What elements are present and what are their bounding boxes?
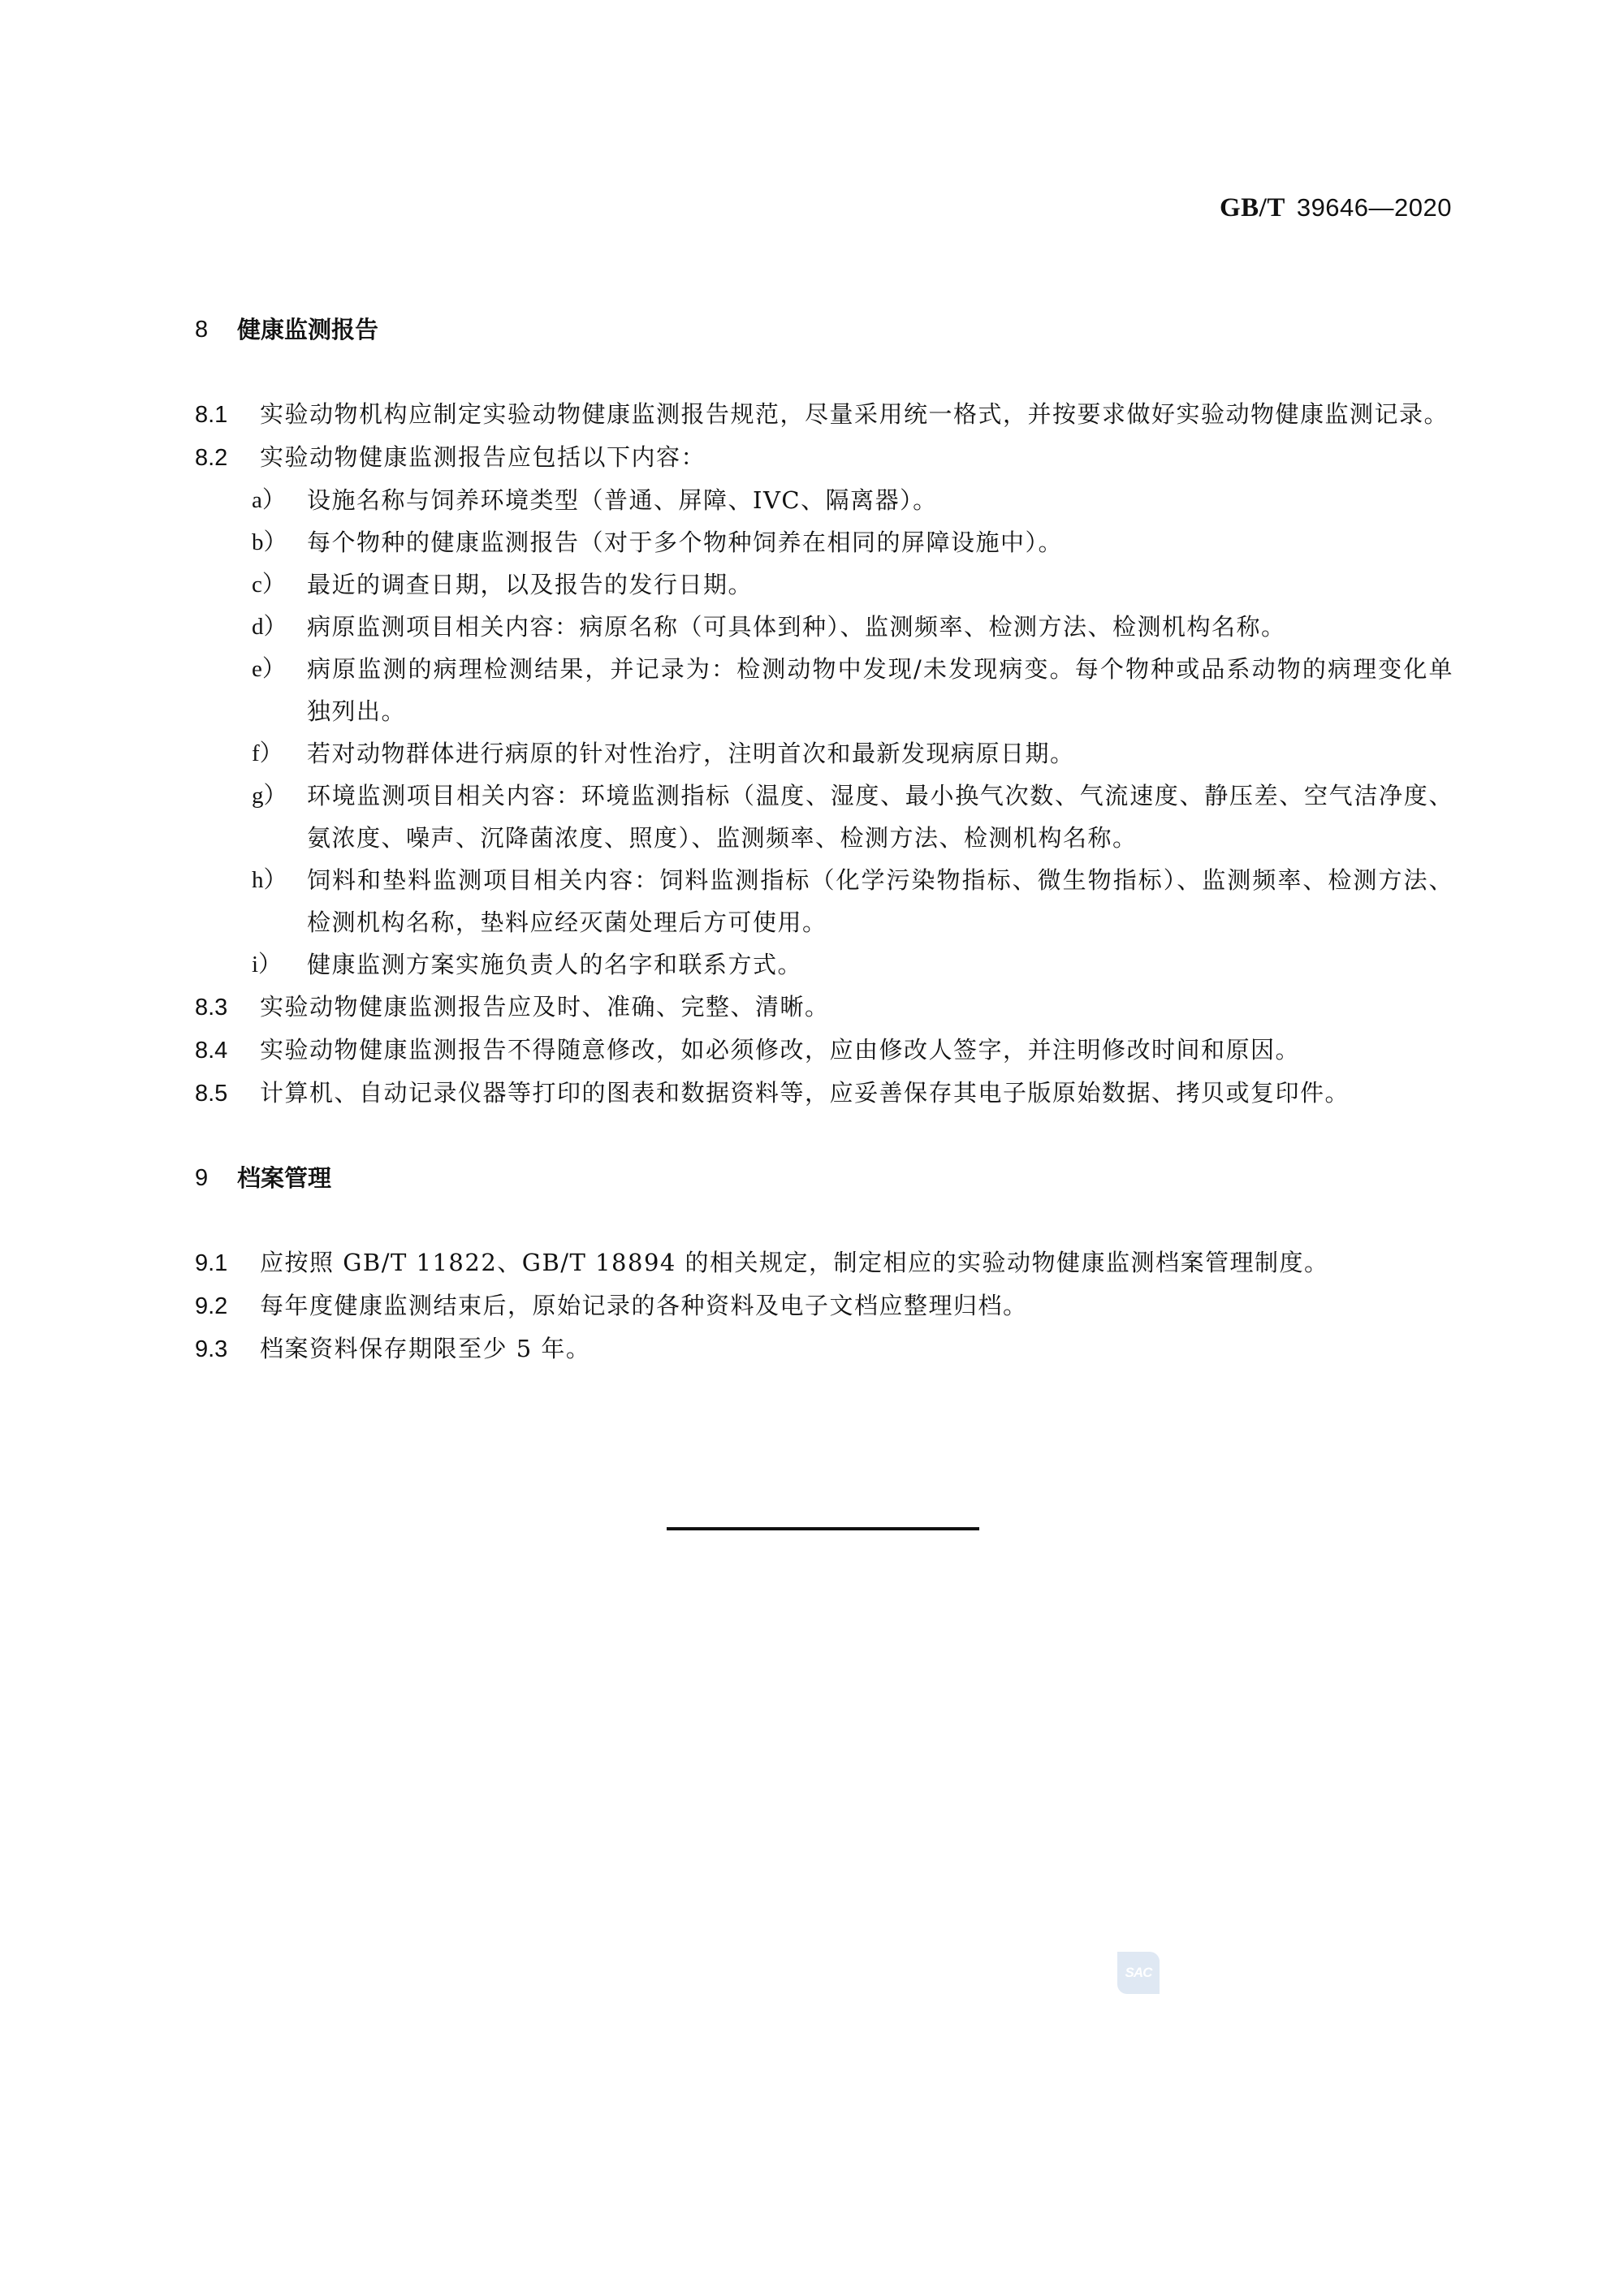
list-text: 饲料和垫料监测项目相关内容：饲料监测指标（化学污染物指标、微生物指标）、监测频率… [307, 866, 1453, 936]
section-heading: 档案管理 [237, 1157, 331, 1199]
list-letter: g） [252, 775, 287, 817]
list-letter: d） [252, 606, 287, 648]
list-text: 病原监测的病理检测结果，并记录为：检测动物中发现/未发现病变。每个物种或品系动物… [307, 655, 1453, 725]
list-item-a: a）设施名称与饲养环境类型（普通、屏障、IVC、隔离器）。 [195, 479, 1453, 521]
section-title-9: 9 档案管理 [195, 1157, 1453, 1199]
list-letter: f） [252, 732, 283, 775]
clause-8-3: 8.3实验动物健康监测报告应及时、准确、完整、清晰。 [195, 986, 1453, 1029]
clause-number: 8.3 [195, 986, 260, 1029]
clause-8-5: 8.5计算机、自动记录仪器等打印的图表和数据资料等，应妥善保存其电子版原始数据、… [195, 1072, 1453, 1115]
end-of-document-rule [667, 1527, 979, 1530]
clause-text: 实验动物健康监测报告不得随意修改，如必须修改，应由修改人签字，并注明修改时间和原… [260, 1036, 1300, 1064]
clause-text: 应按照 GB/T 11822、GB/T 18894 的相关规定，制定相应的实验动… [260, 1249, 1329, 1276]
list-text: 设施名称与饲养环境类型（普通、屏障、IVC、隔离器）。 [307, 486, 938, 514]
clause-8-4: 8.4实验动物健康监测报告不得随意修改，如必须修改，应由修改人签字，并注明修改时… [195, 1029, 1453, 1072]
clause-text: 每年度健康监测结束后，原始记录的各种资料及电子文档应整理归档。 [260, 1292, 1028, 1319]
list-item-f: f）若对动物群体进行病原的针对性治疗，注明首次和最新发现病原日期。 [195, 732, 1453, 775]
list-text: 最近的调查日期，以及报告的发行日期。 [307, 571, 753, 598]
list-item-d: d）病原监测项目相关内容：病原名称（可具体到种）、监测频率、检测方法、检测机构名… [195, 606, 1453, 648]
clause-number: 8.2 [195, 437, 260, 479]
list-letter: i） [252, 943, 282, 986]
clause-number: 8.1 [195, 394, 260, 436]
clause-number: 9.3 [195, 1328, 260, 1370]
clause-text: 实验动物机构应制定实验动物健康监测报告规范，尽量采用统一格式，并按要求做好实验动… [260, 400, 1449, 428]
standard-number: 39646—2020 [1297, 193, 1452, 222]
clause-8-1: 8.1实验动物机构应制定实验动物健康监测报告规范，尽量采用统一格式，并按要求做好… [195, 393, 1453, 436]
list-letter: a） [252, 479, 286, 521]
standard-header: GB/T39646—2020 [1220, 193, 1452, 223]
list-item-c: c）最近的调查日期，以及报告的发行日期。 [195, 563, 1453, 606]
list-text: 环境监测项目相关内容：环境监测指标（温度、湿度、最小换气次数、气流速度、静压差、… [307, 782, 1453, 852]
list-item-g: g）环境监测项目相关内容：环境监测指标（温度、湿度、最小换气次数、气流速度、静压… [195, 775, 1453, 859]
list-letter: e） [252, 648, 286, 690]
list-item-b: b）每个物种的健康监测报告（对于多个物种饲养在相同的屏障设施中）。 [195, 521, 1453, 563]
list-item-e: e）病原监测的病理检测结果，并记录为：检测动物中发现/未发现病变。每个物种或品系… [195, 648, 1453, 732]
list-letter: h） [252, 859, 287, 901]
clause-text: 实验动物健康监测报告应及时、准确、完整、清晰。 [260, 993, 830, 1021]
clause-number: 8.5 [195, 1072, 260, 1115]
list-text: 病原监测项目相关内容：病原名称（可具体到种）、监测频率、检测方法、检测机构名称。 [307, 613, 1286, 641]
list-item-h: h）饲料和垫料监测项目相关内容：饲料监测指标（化学污染物指标、微生物指标）、监测… [195, 859, 1453, 943]
list-letter: c） [252, 563, 286, 606]
clause-number: 8.4 [195, 1029, 260, 1072]
list-item-i: i）健康监测方案实施负责人的名字和联系方式。 [195, 943, 1453, 986]
list-text: 每个物种的健康监测报告（对于多个物种饲养在相同的屏障设施中）。 [307, 529, 1063, 556]
sac-logo-watermark: SAC [1117, 1952, 1160, 1994]
clause-text: 计算机、自动记录仪器等打印的图表和数据资料等，应妥善保存其电子版原始数据、拷贝或… [260, 1079, 1350, 1107]
clause-number: 9.1 [195, 1242, 260, 1284]
standard-prefix: GB/T [1220, 193, 1285, 222]
list-letter: b） [252, 521, 287, 563]
section-number: 8 [195, 309, 237, 351]
clause-text: 实验动物健康监测报告应包括以下内容： [260, 443, 706, 471]
clause-8-2: 8.2实验动物健康监测报告应包括以下内容： [195, 436, 1453, 479]
list-text: 若对动物群体进行病原的针对性治疗，注明首次和最新发现病原日期。 [307, 740, 1075, 767]
clause-9-3: 9.3档案资料保存期限至少 5 年。 [195, 1327, 1453, 1370]
clause-9-2: 9.2每年度健康监测结束后，原始记录的各种资料及电子文档应整理归档。 [195, 1284, 1453, 1327]
section-heading: 健康监测报告 [237, 309, 378, 351]
clause-9-1: 9.1应按照 GB/T 11822、GB/T 18894 的相关规定，制定相应的… [195, 1241, 1453, 1284]
clause-text: 档案资料保存期限至少 5 年。 [260, 1335, 590, 1362]
clause-number: 9.2 [195, 1285, 260, 1327]
document-body: 8 健康监测报告 8.1实验动物机构应制定实验动物健康监测报告规范，尽量采用统一… [195, 309, 1453, 1370]
section-title-8: 8 健康监测报告 [195, 309, 1453, 351]
section-number: 9 [195, 1157, 237, 1199]
list-text: 健康监测方案实施负责人的名字和联系方式。 [307, 951, 802, 978]
